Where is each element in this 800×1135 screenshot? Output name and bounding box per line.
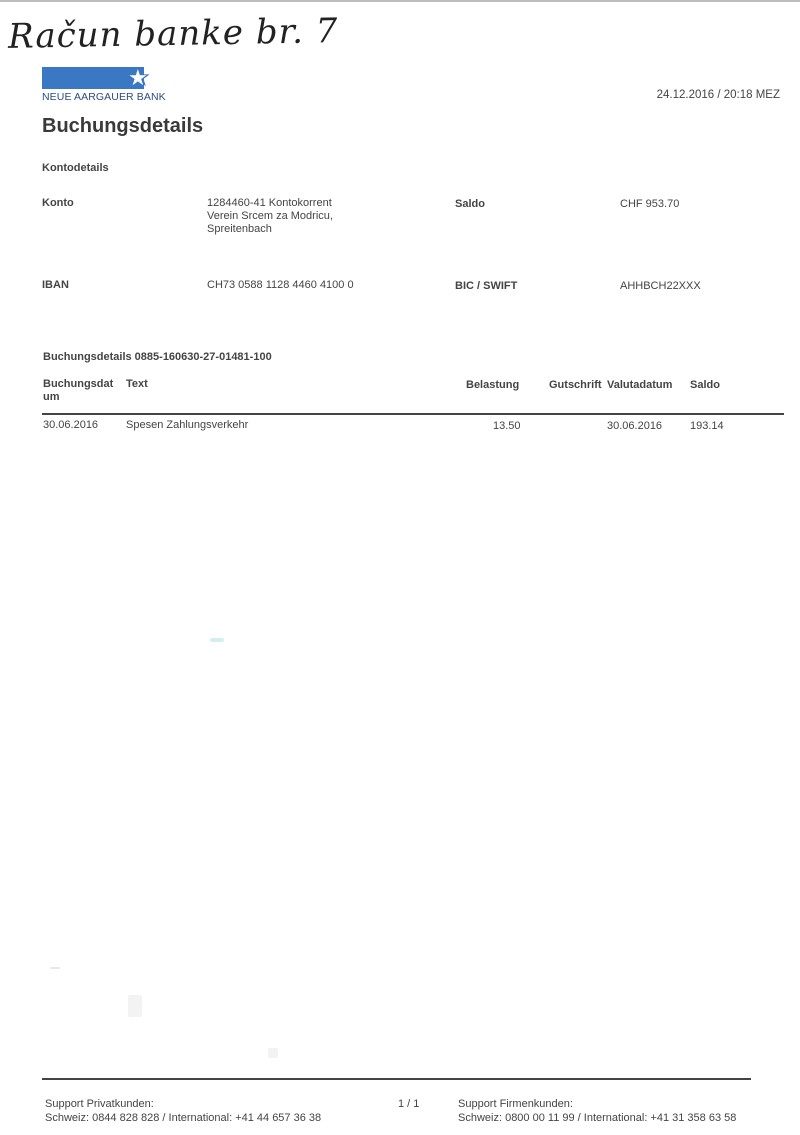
col-text: Text <box>126 378 148 391</box>
support-business-phones: Schweiz: 0800 00 11 99 / International: … <box>458 1111 736 1125</box>
iban-value: CH73 0588 1128 4460 4100 0 <box>207 279 354 292</box>
col-balance: Saldo <box>690 379 720 392</box>
konto-line: Spreitenbach <box>207 223 333 236</box>
print-timestamp: 24.12.2016 / 20:18 MEZ <box>657 89 780 101</box>
col-debit: Belastung <box>466 379 519 392</box>
konto-value: 1284460-41 Kontokorrent Verein Srcem za … <box>207 197 333 236</box>
col-booking-date: Buchungsdat um <box>43 378 113 404</box>
col-booking-date-line1: Buchungsdat <box>43 378 113 391</box>
row-value-date: 30.06.2016 <box>607 420 662 432</box>
kontodetails-heading: Kontodetails <box>42 162 109 174</box>
support-business-label: Support Firmenkunden: <box>458 1097 736 1111</box>
col-value-date: Valutadatum <box>607 379 672 392</box>
scan-speck <box>128 995 142 1017</box>
row-balance: 193.14 <box>690 420 724 432</box>
support-private-phones: Schweiz: 0844 828 828 / International: +… <box>45 1111 321 1125</box>
bic-value: AHHBCH22XXX <box>620 280 701 293</box>
scan-speck <box>50 967 60 969</box>
konto-line: 1284460-41 Kontokorrent <box>207 197 333 210</box>
row-text: Spesen Zahlungsverkehr <box>126 419 248 431</box>
page-number: 1 / 1 <box>398 1097 419 1111</box>
support-private-label: Support Privatkunden: <box>45 1097 321 1111</box>
table-header-rule <box>42 413 784 415</box>
bank-logo: ★ ★ NEUE AARGAUER BANK <box>42 67 160 103</box>
scan-speck <box>268 1048 278 1058</box>
saldo-value: CHF 953.70 <box>620 198 679 211</box>
page-title: Buchungsdetails <box>42 115 203 138</box>
page-edge <box>0 0 800 2</box>
support-business: Support Firmenkunden: Schweiz: 0800 00 1… <box>458 1097 736 1125</box>
support-private: Support Privatkunden: Schweiz: 0844 828 … <box>45 1097 321 1125</box>
saldo-label: Saldo <box>455 198 485 210</box>
konto-label: Konto <box>42 197 74 209</box>
konto-line: Verein Srcem za Modricu, <box>207 210 333 223</box>
row-debit: 13.50 <box>493 420 521 432</box>
footer-rule <box>42 1078 751 1080</box>
star-inner-icon: ★ <box>128 65 148 91</box>
booking-heading: Buchungsdetails 0885-160630-27-01481-100 <box>43 351 272 363</box>
iban-label: IBAN <box>42 279 69 291</box>
scan-speck <box>210 638 224 642</box>
handwritten-note: Račun banke br. 7 <box>8 11 339 57</box>
bank-name: NEUE AARGAUER BANK <box>42 91 166 103</box>
col-credit: Gutschrift <box>549 379 602 392</box>
col-booking-date-line2: um <box>43 391 113 404</box>
bic-label: BIC / SWIFT <box>455 280 517 292</box>
row-date: 30.06.2016 <box>43 419 98 431</box>
